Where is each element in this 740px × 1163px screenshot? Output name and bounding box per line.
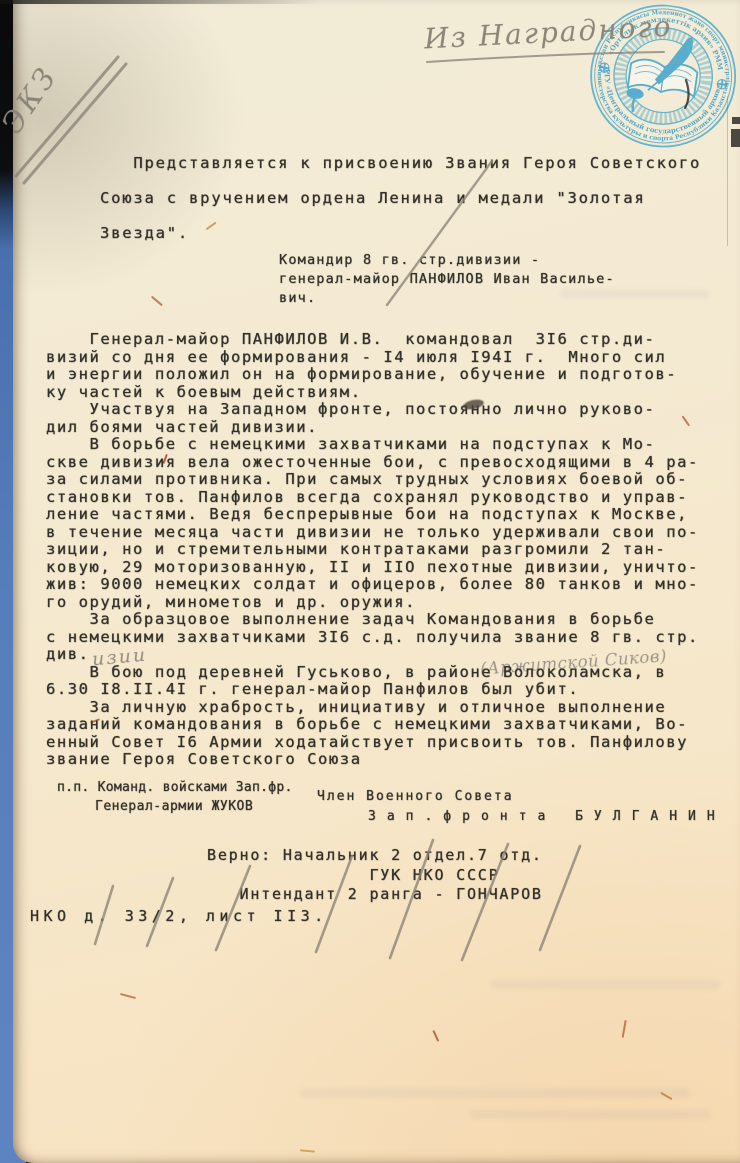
typed-line: За образцовое выполнение задач Командова… bbox=[46, 611, 699, 629]
typed-line: скве дивизия вела ожесточенные бои, с пр… bbox=[46, 454, 699, 472]
typed-line: За личную храбрость, инициативу и отличн… bbox=[46, 699, 699, 717]
typed-line: ление частями. Ведя беспрерывные бои на … bbox=[46, 506, 699, 524]
typed-line: с немецкими захватчиками 3I6 с.д. получи… bbox=[46, 629, 699, 647]
commander-identification-block: Командир 8 гв. стр.дивизии -генерал-майо… bbox=[279, 251, 615, 308]
signature-left-title: п.п. Команд. войсками Зап.фр. bbox=[57, 780, 293, 795]
typed-line: Участвуя на Западном фронте, постоянно л… bbox=[46, 401, 699, 419]
typed-line: ГУК НКО СССР bbox=[207, 866, 543, 886]
typed-line: и энергии положил он на формирование, об… bbox=[46, 366, 699, 384]
page-crease bbox=[727, 96, 728, 246]
typed-line: звание Героя Советского Союза bbox=[46, 751, 699, 769]
typed-line: ку частей к боевым действиям. bbox=[46, 384, 699, 402]
signature-right-name: Зап.фронта БУЛГАНИН bbox=[368, 809, 726, 824]
certification-block: Верно: Начальник 2 отдел.7 отд. ГУК НКО … bbox=[207, 846, 543, 905]
typed-line: зиции, но и стремительными контратаками … bbox=[46, 541, 699, 559]
typed-line: дил боями частей дивизии. bbox=[46, 419, 699, 437]
typed-line: Интендант 2 ранга - ГОНЧАРОВ bbox=[207, 885, 543, 905]
typed-line: становки тов. Панфилов всегда сохранял р… bbox=[46, 489, 699, 507]
signature-left-name: Генерал-армии ЖУКОВ bbox=[95, 799, 253, 814]
typed-line: див. bbox=[46, 646, 699, 664]
typed-line: В бою под деревней Гуськово, в районе Во… bbox=[46, 664, 699, 682]
typed-line: Верно: Начальник 2 отдел.7 отд. bbox=[207, 846, 543, 866]
bleed-through bbox=[300, 1088, 690, 1098]
typed-line: Командир 8 гв. стр.дивизии - bbox=[279, 251, 615, 270]
typed-line: визий со дня ее формирования - I4 июля I… bbox=[46, 349, 699, 367]
citation-body: Генерал-майор ПАНФИЛОВ И.В. командовал 3… bbox=[46, 331, 699, 769]
typed-line: ковую, 29 моторизованную, II и IIО пехот… bbox=[46, 559, 699, 577]
typed-line: Союза с вручением ордена Ленина и медали… bbox=[100, 181, 701, 216]
intro-paragraph: Представляется к присвоению Звания Героя… bbox=[100, 146, 701, 251]
typed-line: заданий командования в борьбе с немецким… bbox=[46, 716, 699, 734]
typed-line: го орудий, минометов и др. оружия. bbox=[46, 594, 699, 612]
bleed-through bbox=[490, 980, 720, 989]
typed-line: в течение месяца части дивизии не только… bbox=[46, 524, 699, 542]
signature-right-title: Член Военного Совета bbox=[317, 789, 514, 804]
bleed-through bbox=[470, 1110, 710, 1119]
typed-line: енный Совет I6 Армии ходатайствует присв… bbox=[46, 734, 699, 752]
typed-line: Генерал-майор ПАНФИЛОВ И.В. командовал 3… bbox=[46, 331, 699, 349]
typed-line: Представляется к присвоению Звания Героя… bbox=[100, 146, 701, 181]
archive-reference-line: НКО д. 33/2, лист II3. bbox=[30, 907, 328, 925]
typed-line: вич. bbox=[279, 289, 615, 308]
scanned-document-page: Қазақстан Республикасы Мәдениет және спо… bbox=[0, 0, 740, 1163]
typed-line: В борьбе с немецкими захватчиками на под… bbox=[46, 436, 699, 454]
typed-line: 6.30 I8.II.4I г. генерал-майор Панфилов … bbox=[46, 681, 699, 699]
adjacent-page-glyph bbox=[732, 117, 740, 124]
typed-line: Звезда". bbox=[100, 216, 701, 251]
typed-line: генерал-майор ПАНФИЛОВ Иван Василье- bbox=[279, 270, 615, 289]
typed-line: жив: 9000 немецких солдат и офицеров, бо… bbox=[46, 576, 699, 594]
adjacent-page-glyph bbox=[731, 129, 740, 147]
typed-line: за силами противника. При самых трудных … bbox=[46, 471, 699, 489]
scan-top-edge bbox=[0, 0, 320, 4]
